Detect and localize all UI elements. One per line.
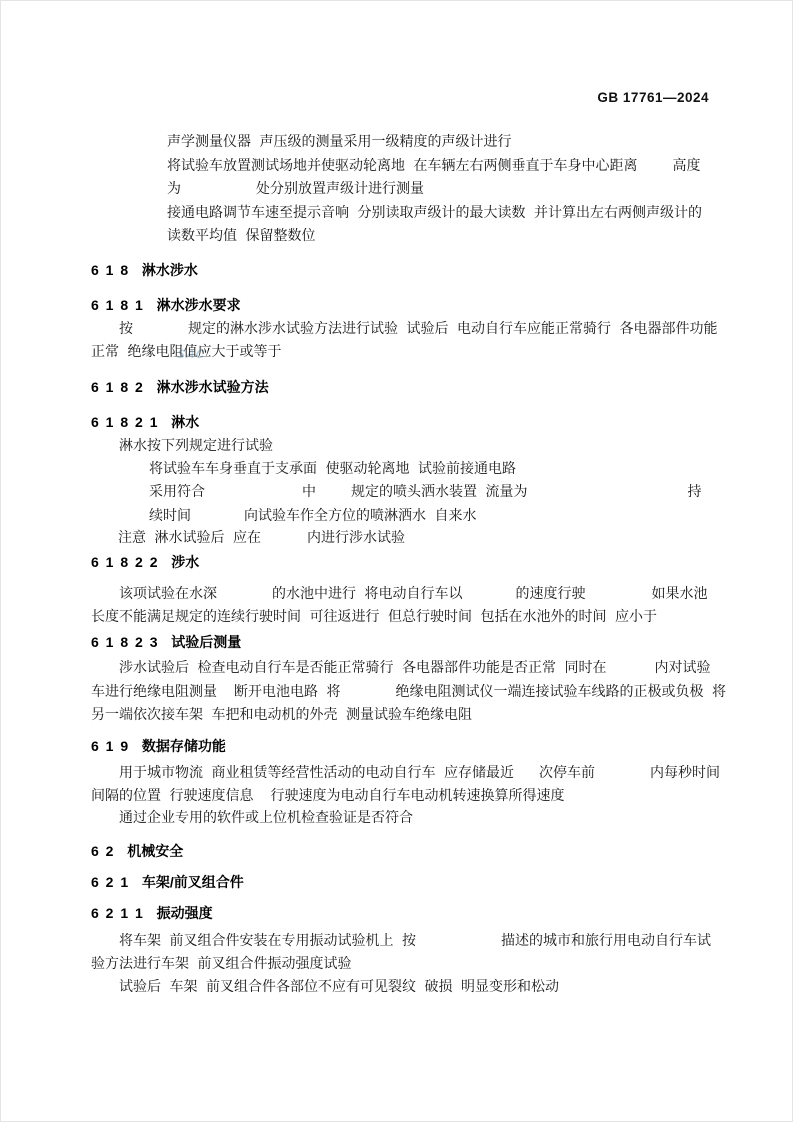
heading-6-2: 6 2 机械安全: [91, 841, 183, 861]
redacted-gap: [133, 332, 188, 333]
text-segment: 将车架 前叉组合件安装在专用振动试验机上 按: [119, 934, 416, 949]
text-segment: 规定的喷头洒水装置 流量为: [351, 485, 528, 500]
text-segment: 持: [688, 485, 702, 500]
text-segment: 的水池中进行 将电动自行车以: [272, 587, 463, 602]
text-segment: 用于城市物流 商业租赁等经营性活动的电动自行车 应存储最近: [119, 766, 514, 781]
text-segment: 高度: [673, 159, 701, 174]
text-segment: 6 1 8 2 1 淋水: [91, 414, 199, 430]
para-61821-item-1: 将试验车车身垂直于支承面 使驱动轮离地 试验前接通电路: [149, 460, 516, 480]
text-segment: 规定的淋水涉水试验方法进行试验 试验后 电动自行车应能正常骑行 各电器部件功能: [188, 322, 718, 337]
text-segment: 为: [167, 182, 181, 197]
text-segment: 车进行绝缘电阻测量 断开电池电路 将: [91, 685, 341, 700]
text-segment: 注意 淋水试验后 应在: [118, 531, 261, 546]
para-619-line-2: 间隔的位置 行驶速度信息 行驶速度为电动自行车电动机转速换算所得速度: [91, 787, 565, 807]
redacted-gap: [316, 495, 351, 496]
text-segment: 续时间: [149, 509, 191, 524]
text-segment: 采用符合: [149, 485, 205, 500]
text-segment: 正常 绝缘电阻值应大于或等于: [91, 345, 282, 360]
para-61821-item-2-cont: 续时间向试验车作全方位的喷淋洒水 自来水: [149, 507, 477, 527]
heading-6-18-1: 6 1 8 1 淋水涉水要求: [91, 295, 241, 315]
clause-sound-level-line-5: 读数平均值 保留整数位: [167, 227, 316, 247]
text-segment: 6 1 8 2 2 涉水: [91, 554, 199, 570]
text-segment: 向试验车作全方位的喷淋洒水 自来水: [244, 509, 477, 524]
heading-6-19: 6 1 9 数据存储功能: [91, 736, 226, 756]
heading-6-18: 6 1 8 淋水涉水: [91, 260, 198, 280]
para-61822-line-2: 长度不能满足规定的连续行驶时间 可往返进行 但总行驶时间 包括在水池外的时间 应…: [91, 608, 657, 628]
text-segment: 淋水按下列规定进行试验: [119, 439, 273, 454]
para-618-1-line-1: 按规定的淋水涉水试验方法进行试验 试验后 电动自行车应能正常骑行 各电器部件功能: [119, 320, 718, 340]
text-segment: 通过企业专用的软件或上位机检查验证是否符合: [119, 811, 413, 826]
redacted-gap: [205, 495, 302, 496]
para-619-line-3: 通过企业专用的软件或上位机检查验证是否符合: [119, 809, 413, 829]
para-618-1-line-2: 正常 绝缘电阻值应大于或等于: [91, 343, 282, 363]
para-61822-line-1: 该项试验在水深的水池中进行 将电动自行车以的速度行驶如果水池: [119, 585, 708, 605]
redacted-gap: [528, 495, 688, 496]
text-segment: 内进行涉水试验: [307, 531, 405, 546]
para-61823-line-1: 涉水试验后 检查电动自行车是否能正常骑行 各电器部件功能是否正常 同时在内对试验: [119, 659, 711, 679]
text-segment: 内对试验: [655, 661, 711, 676]
text-segment: 另一端依次接车架 车把和电动机的外壳 测量试验车绝缘电阻: [91, 708, 472, 723]
redacted-gap: [586, 597, 652, 598]
clause-sound-level-line-2: 将试验车放置测试场地并使驱动轮离地 在车辆左右两侧垂直于车身中心距离高度: [167, 157, 701, 177]
text-segment: 接通电路调节车速至提示音响 分别读取声级计的最大读数 并计算出左右两侧声级计的: [167, 206, 702, 221]
text-segment: 长度不能满足规定的连续行驶时间 可往返进行 但总行驶时间 包括在水池外的时间 应…: [91, 610, 657, 625]
redacted-gap: [217, 597, 272, 598]
text-segment: 将试验车放置测试场地并使驱动轮离地 在车辆左右两侧垂直于车身中心距离: [167, 159, 638, 174]
para-6211-line-3: 试验后 车架 前叉组合件各部位不应有可见裂纹 破损 明显变形和松动: [119, 978, 559, 998]
text-segment: 的速度行驶: [516, 587, 586, 602]
heading-6-18-2-1: 6 1 8 2 1 淋水: [91, 412, 199, 432]
redacted-gap: [607, 671, 655, 672]
redacted-gap: [181, 192, 256, 193]
para-6211-line-2: 验方法进行车架 前叉组合件振动强度试验: [91, 955, 352, 975]
redacted-gap: [416, 944, 501, 945]
text-segment: 验方法进行车架 前叉组合件振动强度试验: [91, 957, 352, 972]
text-segment: 间隔的位置 行驶速度信息 行驶速度为电动自行车电动机转速换算所得速度: [91, 789, 565, 804]
heading-6-18-2-2: 6 1 8 2 2 涉水: [91, 552, 199, 572]
heading-6-18-2: 6 1 8 2 淋水涉水试验方法: [91, 377, 269, 397]
text-segment: 6 1 8 2 淋水涉水试验方法: [91, 379, 269, 395]
text-segment: 6 1 8 1 淋水涉水要求: [91, 297, 241, 313]
redacted-gap: [191, 519, 244, 520]
text-segment: 6 1 8 淋水涉水: [91, 262, 198, 278]
clause-sound-level-line-4: 接通电路调节车速至提示音响 分别读取声级计的最大读数 并计算出左右两侧声级计的: [167, 204, 702, 224]
para-619-line-1: 用于城市物流 商业租赁等经营性活动的电动自行车 应存储最近次停车前内每秒时间: [119, 764, 720, 784]
text-segment: 6 1 9 数据存储功能: [91, 738, 226, 754]
text-segment: 读数平均值 保留整数位: [167, 229, 316, 244]
heading-6-18-2-3: 6 1 8 2 3 试验后测量: [91, 632, 241, 652]
text-segment: 该项试验在水深: [119, 587, 217, 602]
text-segment: 涉水试验后 检查电动自行车是否能正常骑行 各电器部件功能是否正常 同时在: [119, 661, 607, 676]
text-segment: 处分别放置声级计进行测量: [256, 182, 424, 197]
redacted-gap: [514, 776, 539, 777]
para-61823-line-2: 车进行绝缘电阻测量 断开电池电路 将绝缘电阻测试仪一端连接试验车线路的正极或负极…: [91, 683, 726, 703]
redacted-gap: [638, 169, 673, 170]
text-segment: 绝缘电阻测试仪一端连接试验车线路的正极或负极 将: [396, 685, 727, 700]
redacted-gap: [261, 541, 307, 542]
text-segment: 次停车前: [539, 766, 595, 781]
para-61821-note: 注意 淋水试验后 应在内进行涉水试验: [118, 529, 405, 549]
redacted-gap: [463, 597, 516, 598]
text-segment: 将试验车车身垂直于支承面 使驱动轮离地 试验前接通电路: [149, 462, 516, 477]
text-segment: 按: [119, 322, 133, 337]
text-segment: 6 2 1 1 振动强度: [91, 905, 213, 921]
para-61821-intro: 淋水按下列规定进行试验: [119, 437, 273, 457]
heading-6-2-1: 6 2 1 车架/前叉组合件: [91, 872, 244, 892]
standard-number: GB 17761—2024: [597, 90, 709, 105]
text-segment: 内每秒时间: [650, 766, 720, 781]
text-segment: 声学测量仪器 声压级的测量采用一级精度的声级计进行: [167, 135, 512, 150]
para-61823-line-3: 另一端依次接车架 车把和电动机的外壳 测量试验车绝缘电阻: [91, 706, 472, 726]
para-61821-item-2: 采用符合中规定的喷头洒水装置 流量为持: [149, 483, 702, 503]
heading-6-2-1-1: 6 2 1 1 振动强度: [91, 903, 213, 923]
text-segment: 中: [302, 485, 316, 500]
text-segment: 如果水池: [652, 587, 708, 602]
text-segment: 6 2 1 车架/前叉组合件: [91, 874, 244, 890]
text-segment: 6 2 机械安全: [91, 843, 183, 859]
document-page: GB 17761—2024 SAC 声学测量仪器 声压级的测量采用一级精度的声级…: [0, 0, 793, 1122]
redacted-gap: [595, 776, 650, 777]
clause-sound-level-line-3: 为处分别放置声级计进行测量: [167, 180, 424, 200]
para-6211-line-1: 将车架 前叉组合件安装在专用振动试验机上 按描述的城市和旅行用电动自行车试: [119, 932, 711, 952]
clause-sound-level-line-1: 声学测量仪器 声压级的测量采用一级精度的声级计进行: [167, 133, 512, 153]
text-segment: 6 1 8 2 3 试验后测量: [91, 634, 241, 650]
text-segment: 试验后 车架 前叉组合件各部位不应有可见裂纹 破损 明显变形和松动: [119, 980, 559, 995]
text-segment: 描述的城市和旅行用电动自行车试: [501, 934, 711, 949]
redacted-gap: [341, 695, 396, 696]
